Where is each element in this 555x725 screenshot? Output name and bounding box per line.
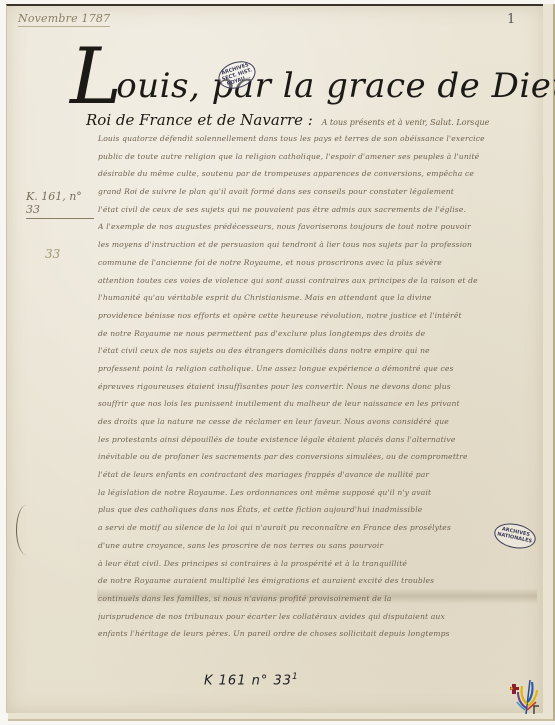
body-line: de notre Royaume auraient multiplié les … xyxy=(98,572,528,590)
body-line: enfants l'héritage de leurs pères. Un pa… xyxy=(98,625,528,643)
title-rest: ouis, par la grace de Dieu, xyxy=(116,66,555,106)
body-line: providence bénisse nos efforts et opère … xyxy=(98,307,528,325)
body-line: Louis quatorze défendit solennellement d… xyxy=(98,130,528,148)
body-line: inévitable ou de profaner les sacrements… xyxy=(98,448,528,466)
body-line: plus que des catholiques dans nos États,… xyxy=(98,501,528,519)
body-line: attention toutes ces voies de violence q… xyxy=(98,272,528,290)
subtitle-text: Roi de France et de Navarre : xyxy=(86,111,313,129)
body-line: professent point la religion catholique.… xyxy=(98,360,528,378)
shelfmark-main: K 161 n° 33 xyxy=(204,673,292,688)
body-line: à leur état civil. Des principes si cont… xyxy=(98,555,528,573)
body-text: Louis quatorze défendit solennellement d… xyxy=(98,130,528,643)
body-line: commune de l'ancienne foi de notre Royau… xyxy=(98,254,528,272)
body-line: souffrir que nos lois les punissent inut… xyxy=(98,395,528,413)
body-line: des droits que la nature ne cesse de réc… xyxy=(98,413,528,431)
margin-bracket xyxy=(16,505,37,555)
margin-reference-note: K. 161, n° 33 xyxy=(26,190,94,219)
body-line: A l'exemple de nos augustes prédécesseur… xyxy=(98,218,528,236)
body-line: épreuves rigoureuses étaient insuffisant… xyxy=(98,378,528,396)
body-line: l'état civil de ceux de ses sujets qui n… xyxy=(98,201,528,219)
body-line: l'état civil ceux de nos sujets ou des é… xyxy=(98,342,528,360)
body-line: jurisprudence de nos tribunaux pour écar… xyxy=(98,608,528,626)
document-title: Louis, par la grace de Dieu, xyxy=(70,38,555,116)
body-line: les protestants ainsi dépouillés de tout… xyxy=(98,431,528,449)
body-line: continuels dans les familles, si nous n'… xyxy=(98,590,528,608)
body-line: grand Roi de suivre le plan qu'il avait … xyxy=(98,183,528,201)
shelfmark-reference: K 161 n° 331 xyxy=(204,672,299,688)
body-line: la législation de notre Royaume. Les ord… xyxy=(98,484,528,502)
margin-number-note: 33 xyxy=(45,247,60,261)
shelfmark-superscript: 1 xyxy=(292,672,299,682)
subtitle-continuation: A tous présents et à venir, Salut. Lorsq… xyxy=(322,118,490,127)
body-line: désirable du même culte, soutenu par de … xyxy=(98,165,528,183)
body-line: l'état de leurs enfants en contractant d… xyxy=(98,466,528,484)
body-line: de notre Royaume ne nous permettent pas … xyxy=(98,325,528,343)
page-number: 1 xyxy=(507,12,515,27)
date-note: Novembre 1787 xyxy=(18,12,110,27)
body-line: les moyens d'instruction et de persuasio… xyxy=(98,236,528,254)
body-line: l'humanité qu'au véritable esprit du Chr… xyxy=(98,289,528,307)
body-line: d'une autre croyance, sans les proscrire… xyxy=(98,537,528,555)
archives-nationales-logo-icon xyxy=(510,676,542,716)
document-subtitle: Roi de France et de Navarre : A tous pré… xyxy=(86,111,489,129)
title-initial: L xyxy=(70,32,122,122)
body-line: a servi de motif au silence de la loi qu… xyxy=(98,519,528,537)
body-line: public de toute autre religion que la re… xyxy=(98,148,528,166)
